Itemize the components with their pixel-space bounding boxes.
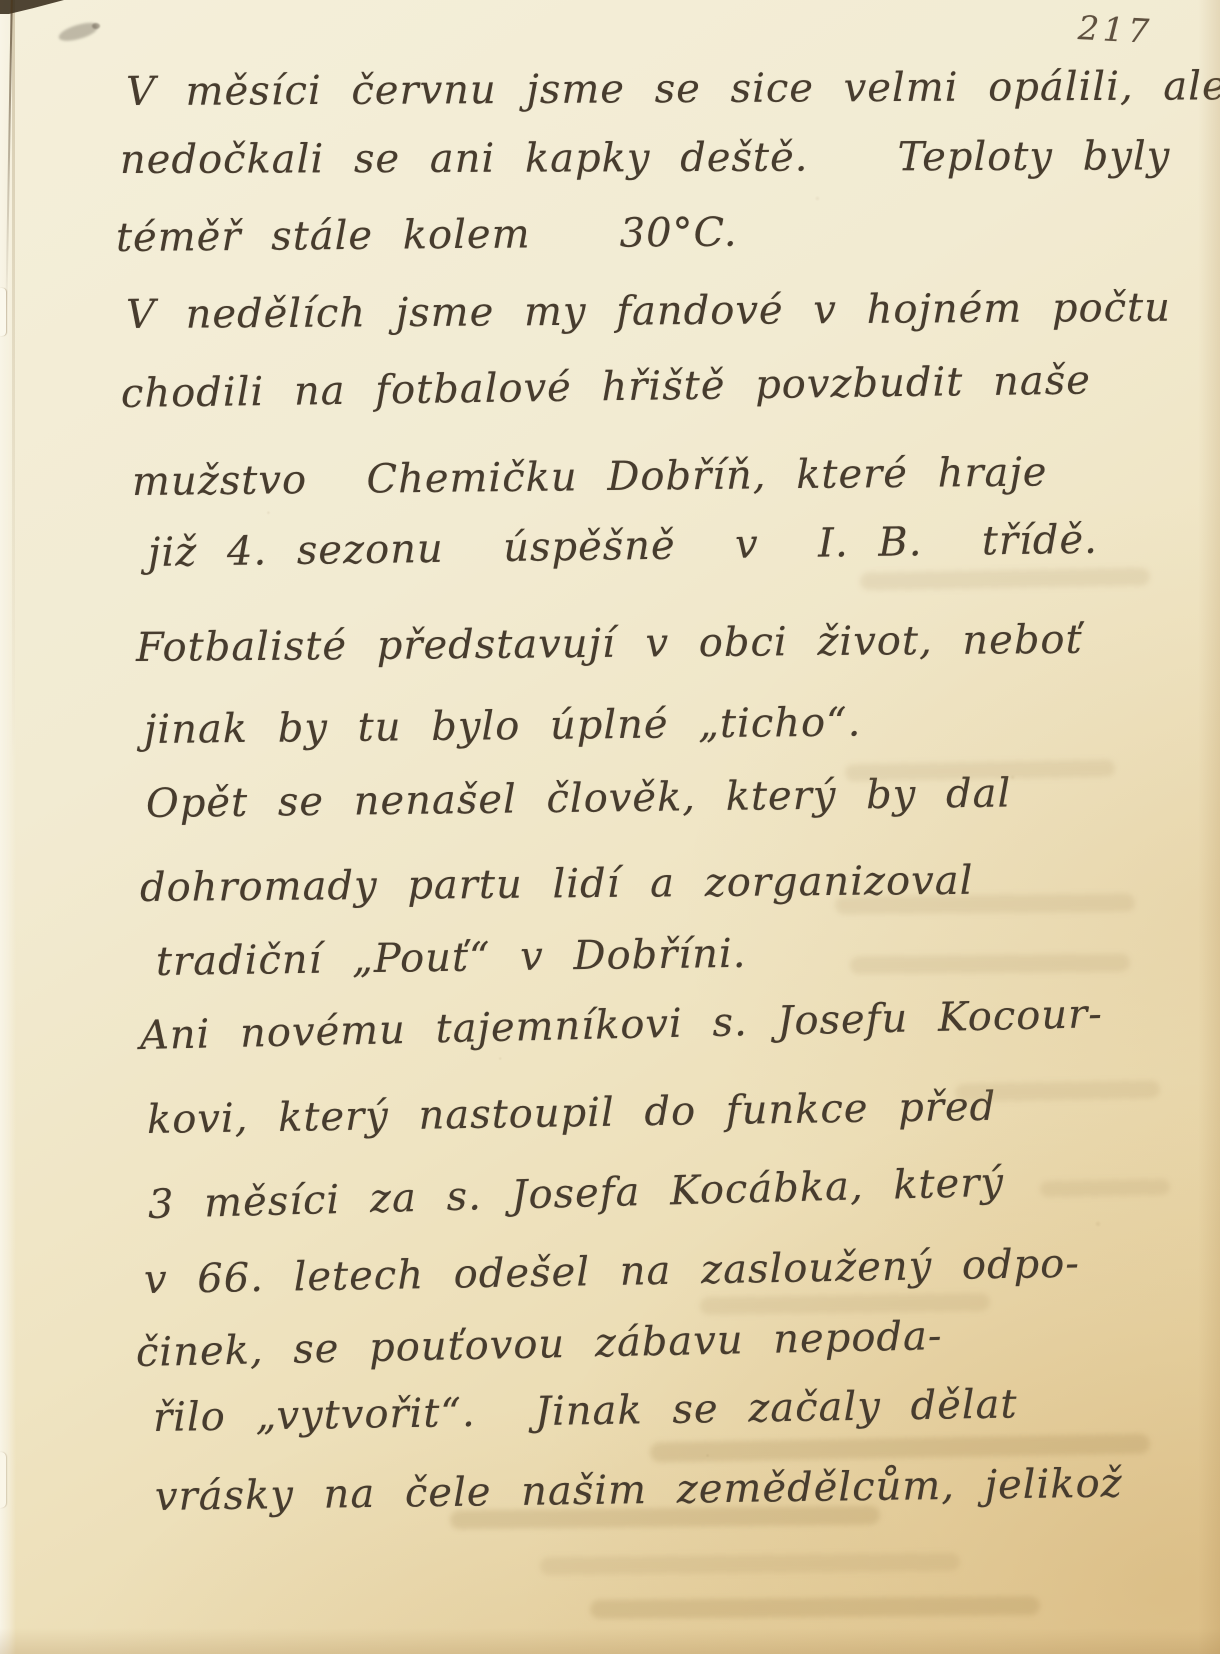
- manuscript-page: 217 V měsíci červnu jsme se sice velmi o…: [0, 0, 1220, 1654]
- ink-smudge: [92, 23, 100, 29]
- handwritten-line: řilo „vytvořit“. Jinak se začaly dělat: [153, 1380, 1018, 1442]
- handwritten-line: nedočkali se ani kapky deště. Teploty by…: [120, 132, 1170, 184]
- page-number: 217: [1077, 8, 1154, 51]
- handwritten-line: mužstvo Chemičku Dobříň, které hraje: [132, 448, 1048, 506]
- page-edge-nick: [0, 288, 6, 336]
- bleed-through-mark: [450, 1506, 880, 1530]
- handwritten-line: již 4. sezonu úspěšně v I. B. třídě.: [148, 516, 1098, 577]
- handwritten-line: Fotbalisté představují v obci život, neb…: [136, 616, 1083, 672]
- right-edge-shading: [1198, 0, 1220, 1654]
- bleed-through-mark: [850, 954, 1130, 974]
- bleed-through-mark: [650, 1434, 1150, 1463]
- bleed-through-mark: [700, 1293, 990, 1315]
- bleed-through-mark: [955, 1080, 1160, 1102]
- page-edge-nick: [0, 1452, 6, 1508]
- handwritten-line: chodili na fotbalové hřiště povzbudit na…: [121, 356, 1092, 418]
- bleed-through-mark: [845, 760, 1115, 782]
- handwritten-line: kovi, který nastoupil do funkce před: [147, 1083, 997, 1144]
- bleed-through-mark: [860, 567, 1150, 590]
- handwritten-line: V měsíci červnu jsme se sice velmi opáli…: [126, 62, 1220, 116]
- bleed-through-mark: [590, 1596, 1040, 1619]
- bleed-through-mark: [835, 894, 1135, 915]
- bleed-through-mark: [540, 1553, 960, 1575]
- handwritten-line: činek, se pouťovou zábavu nepoda-: [135, 1312, 942, 1377]
- handwritten-line: téměř stále kolem 30°C.: [116, 209, 738, 262]
- handwritten-line: tradiční „Pouť“ v Dobříni.: [156, 930, 747, 986]
- bottom-edge-shading: [0, 1628, 1220, 1654]
- handwritten-line: jinak by tu bylo úplné „ticho“.: [144, 698, 862, 754]
- handwritten-line: V nedělích jsme my fandové v hojném počt…: [126, 284, 1171, 339]
- binding-shadow: [12, 0, 15, 761]
- handwritten-line: Ani novému tajemníkovi s. Josefu Kocour-: [139, 990, 1103, 1060]
- bleed-through-mark: [1040, 1179, 1170, 1197]
- handwritten-line: 3 měsíci za s. Josefa Kocábka, který: [147, 1159, 1004, 1229]
